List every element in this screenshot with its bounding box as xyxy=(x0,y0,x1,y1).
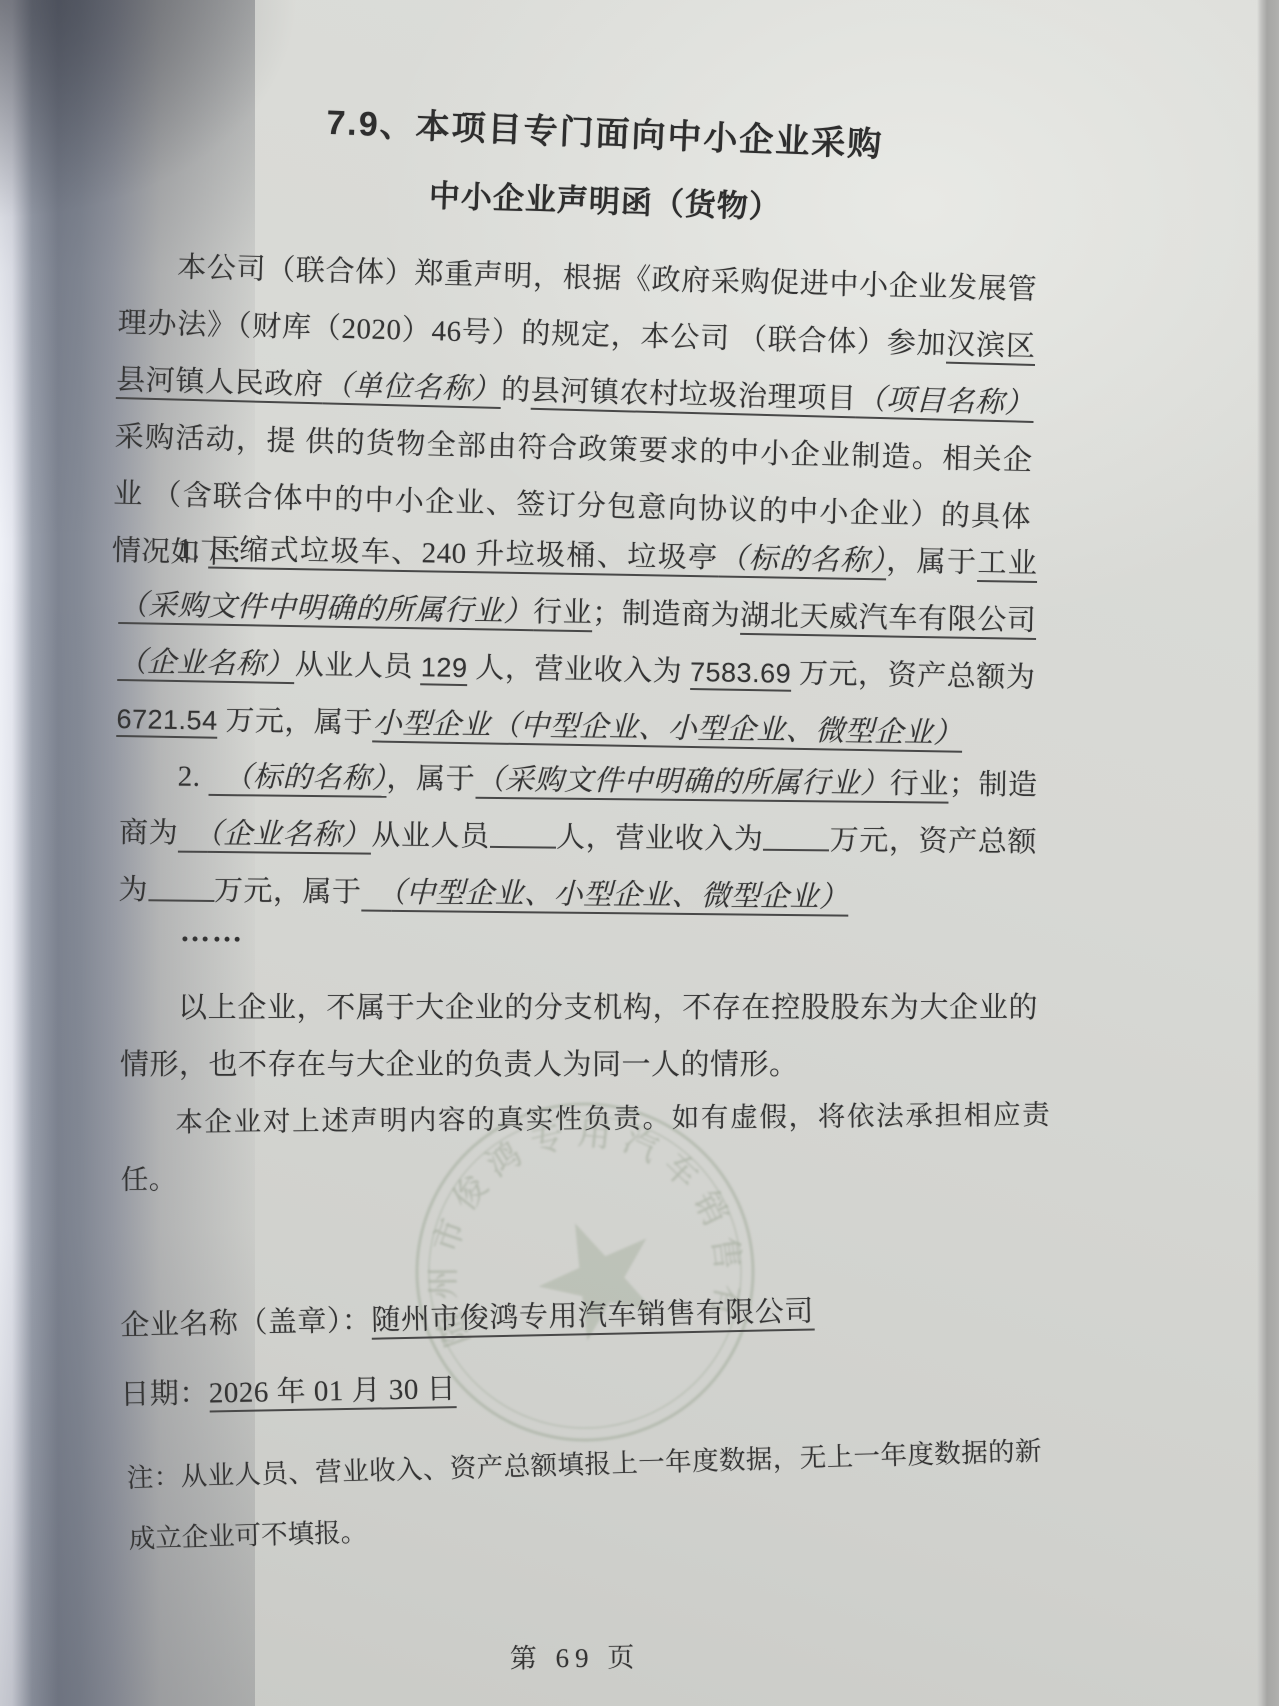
date-label: 日期： xyxy=(120,1377,209,1411)
document-subtitle: 中小企业声明函（货物） xyxy=(159,161,1050,235)
company-name-label: 企业名称（盖章）： xyxy=(120,1305,372,1342)
footnote-paragraph: 注：从业人员、营业收入、资产总额填报上一年度数据，无上一年度数据的新成立企业可不… xyxy=(126,1421,1044,1570)
paper-right-edge xyxy=(1257,0,1279,1706)
document-page-photo: 7.9、本项目专门面向中小企业采购 中小企业声明函（货物） 本公司（联合体）郑重… xyxy=(0,0,1279,1706)
company-name-line: 企业名称（盖章）：随州市俊鸿专用汽车销售有限公司 xyxy=(120,1283,1061,1344)
no-large-enterprise-paragraph: 以上企业，不属于大企业的分支机构，不存在控股股东为大企业的情形，也不存在与大企业… xyxy=(120,980,1038,1094)
ellipsis-line: …… xyxy=(120,903,1038,965)
item-2-paragraph: 2. （标的名称），属于（采购文件中明确的所属行业）行业；制造商为 （企业名称）… xyxy=(118,748,1038,929)
responsibility-paragraph: 本企业对上述声明内容的真实性负责。如有虚假，将依法承担相应责任。 xyxy=(120,1086,1051,1208)
date-value: 2026 年 01 月 30 日 xyxy=(209,1373,457,1412)
item-1-paragraph: 1. 压缩式垃圾车、240 升垃圾桶、垃圾亭（标的名称），属于工业（采购文件中明… xyxy=(116,520,1038,764)
